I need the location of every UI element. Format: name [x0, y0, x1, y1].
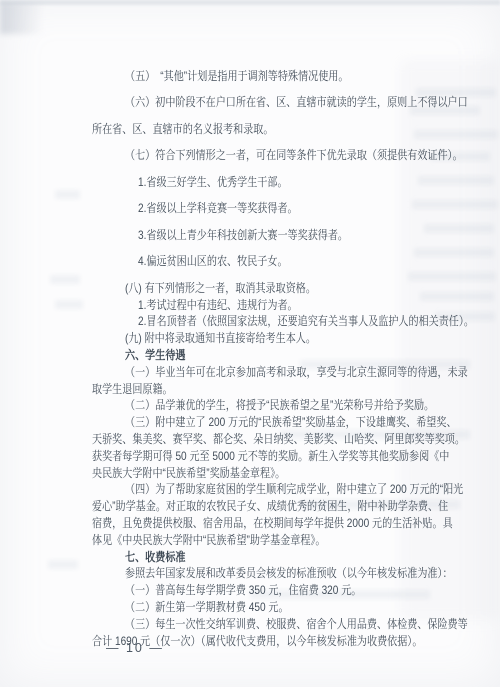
document-line: (九) 附中将录取通知书直接寄给考生本人。 [125, 330, 410, 347]
document-line: 体见《中央民族大学附中“民族希望”助学基金章程》。 [92, 532, 404, 549]
document-body: （五） “其他”计划是指用于调剂等特殊情况使用。（六）初中阶段不在户口所在省、区… [92, 68, 464, 649]
bleedthrough-artifact [55, 190, 80, 199]
bleedthrough-artifact [55, 300, 83, 309]
document-line: 央民族大学附中“民族希望”奖励基金章程》。 [92, 465, 404, 482]
scan-corner-shadow [0, 2, 44, 34]
document-line: (八) 有下列情形之一者，取消其录取资格。 [125, 280, 410, 297]
bleedthrough-artifact [48, 560, 78, 569]
document-line: （七）符合下列情形之一者，可在同等条件下优先录取（须提供有效证件）。 [125, 147, 410, 164]
document-line: 4.偏远贫困山区的农、牧民子女。 [138, 253, 412, 270]
scan-edge-shadow [0, 0, 500, 5]
document-line: 所在省、区、直辖市的名义报考和录取。 [92, 121, 404, 138]
document-line: 3.省级以上青少年科技创新大赛一等奖获得者。 [138, 227, 412, 244]
document-line: 1.省级三好学生、优秀学生干部。 [138, 174, 412, 191]
bleedthrough-artifact [50, 275, 80, 284]
scanned-document-page: （五） “其他”计划是指用于调剂等特殊情况使用。（六）初中阶段不在户口所在省、区… [0, 0, 500, 687]
document-line: （一）毕业当年可在北京参加高考和录取，享受与北京生源同等的待遇，未录 [125, 364, 410, 381]
document-line: 获奖者每学期可得 50 元至 5000 元不等的奖励。新生入学奖等其他奖励参阅《… [92, 448, 404, 465]
document-line: 2.省级以上学科竞赛一等奖获得者。 [138, 200, 412, 217]
document-line: （一）普高每生每学期学费 350 元，住宿费 320 元。 [125, 582, 410, 599]
document-line: （二）品学兼优的学生，将授予“民族希望之星”光荣称号并给予奖励。 [125, 397, 410, 414]
document-line: （四）为了帮助家庭贫困的学生顺利完成学业，附中建立了 200 万元的“阳光 [125, 481, 410, 498]
document-line: 1.考试过程中有违纪、违规行为者。 [138, 297, 412, 314]
document-line: 爱心”助学基金。对正取的农牧民子女、成绩优秀的贫困生，附中补助学杂费、住 [92, 498, 404, 515]
document-line: （二）新生第一学期教材费 450 元。 [125, 599, 410, 616]
document-line: （三）附中建立了 200 万元的“民族希望”奖励基金，下设雄鹰奖、希望奖、 [125, 414, 410, 431]
document-line: （五） “其他”计划是指用于调剂等特殊情况使用。 [125, 68, 410, 85]
section-heading: 六、学生待遇 [125, 347, 410, 364]
section-heading: 七、收费标准 [125, 549, 410, 566]
document-line: 2.冒名顶替者（依照国家法规，还要追究有关当事人及监护人的相关责任）。 [138, 313, 412, 330]
document-line: 参照去年国家发展和改革委员会核发的标准预收（以今年核发标准为准）： [125, 565, 410, 582]
document-line: （三）每生一次性交纳军训费、校服费、宿舍个人用品费、体检费、保险费等 [125, 616, 410, 633]
document-line: 天骄奖、集美奖、赛罕奖、都仑奖、朵日纳奖、美影奖、山哈奖、阿里郎奖等奖项。 [92, 431, 404, 448]
document-line: 宿费，且免费提供校服、宿舍用品，在校期间每学年提供 2000 元的生活补贴。具 [92, 515, 404, 532]
page-number: — 10 — [106, 641, 164, 655]
document-line: （六）初中阶段不在户口所在省、区、直辖市就读的学生，原则上不得以户口 [125, 94, 410, 111]
document-line: 取学生退回原籍。 [92, 381, 404, 398]
